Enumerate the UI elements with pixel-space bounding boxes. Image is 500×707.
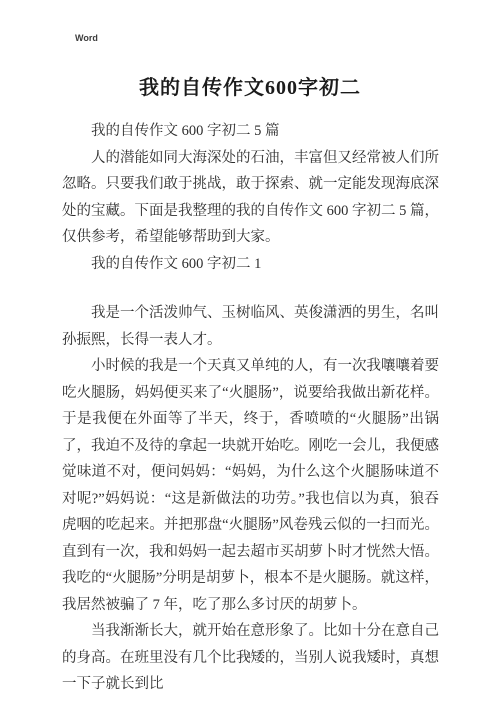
document-page: Word 我的自传作文600字初二 我的自传作文 600 字初二 5 篇 人的潜… xyxy=(0,0,500,707)
body-paragraph: 我是一个活泼帅气、玉树临风、英俊潇洒的男生，名叫孙振熙，长得一表人才。 xyxy=(62,300,439,353)
intro-paragraph: 人的潜能如同大海深处的石油，丰富但又经常被人们所忽略。只要我们敢于挑战，敢于探索… xyxy=(62,145,439,251)
page-number-footer: - 1 - xyxy=(0,651,500,660)
document-body: 我的自传作文 600 字初二 5 篇 人的潜能如同大海深处的石油，丰富但又经常被… xyxy=(62,118,439,698)
subtitle-paragraph: 我的自传作文 600 字初二 5 篇 xyxy=(62,118,439,145)
body-paragraph: 小时候的我是一个天真又单纯的人，有一次我嚷嚷着要吃火腿肠，妈妈便买来了“火腿肠”… xyxy=(62,353,439,618)
section-heading: 我的自传作文 600 字初二 1 xyxy=(62,251,439,278)
document-title: 我的自传作文600字初二 xyxy=(0,71,500,100)
app-label: Word xyxy=(75,33,98,43)
